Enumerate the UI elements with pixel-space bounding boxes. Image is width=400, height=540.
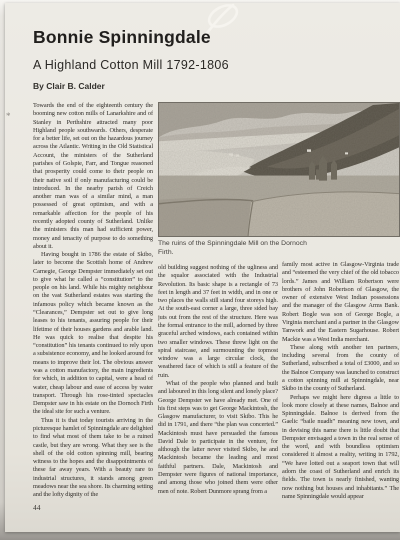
mill-ruins-photo — [158, 102, 400, 237]
paragraph: Having bought in 1786 the estate of Skib… — [33, 251, 153, 417]
paragraph: family most active in Glasgow-Virginia t… — [282, 261, 399, 344]
paragraph: old building suggest nothing of the ugli… — [158, 264, 278, 380]
photo-caption: The ruins of the Spinningdale Mill on th… — [158, 240, 313, 257]
paragraph: Towards the end of the eighteenth centur… — [33, 102, 153, 251]
page-number: 44 — [33, 503, 41, 512]
landscape-photo-illustration — [159, 103, 399, 236]
article-byline: By Clair B. Calder — [33, 81, 105, 91]
text-column-3: family most active in Glasgow-Virginia t… — [282, 261, 399, 520]
scan-background: * Bonnie Spinningdale A Highland Cotton … — [0, 0, 400, 540]
paragraph: Thus it is that today tourists arriving … — [33, 417, 153, 500]
magazine-page: * Bonnie Spinningdale A Highland Cotton … — [5, 3, 400, 532]
text-column-2: old building suggest nothing of the ugli… — [158, 264, 278, 520]
paragraph: Perhaps we might here digress a little t… — [282, 394, 399, 502]
paragraph: These along with another ten partners, i… — [282, 344, 399, 394]
paragraph: What of the people who planned and built… — [158, 380, 278, 496]
article-subtitle: A Highland Cotton Mill 1792-1806 — [33, 58, 229, 72]
article-title: Bonnie Spinningdale — [33, 27, 211, 48]
text-column-1: Towards the end of the eighteenth centur… — [33, 102, 153, 518]
margin-asterisk: * — [6, 111, 11, 121]
